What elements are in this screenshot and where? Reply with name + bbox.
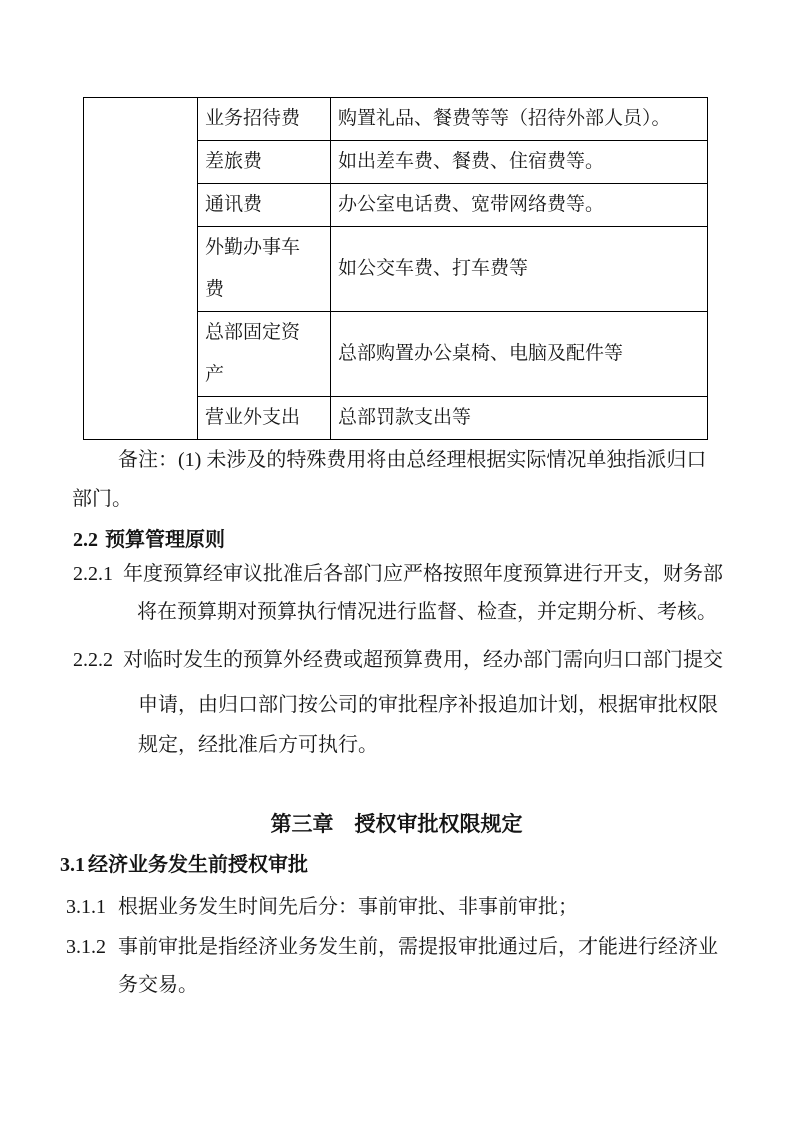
item-text: 对临时发生的预算外经费或超预算费用，经办部门需向归口部门提交 <box>123 649 723 671</box>
section-2-2-heading: 2.2预算管理原则 <box>73 528 225 552</box>
table-row: 业务招待费 购置礼品、餐费等等（招待外部人员）。 <box>84 98 708 141</box>
item-number: 3.1.1 <box>66 895 118 919</box>
category-cell: 总部固定资 产 <box>198 312 331 397</box>
item-2-2-2-line-2: 申请，由归口部门按公司的审批程序补报追加计划，根据审批权限 <box>138 693 718 717</box>
section-title: 经济业务发生前授权审批 <box>88 854 308 876</box>
item-number: 2.2.2 <box>73 648 123 672</box>
document-page: 业务招待费 购置礼品、餐费等等（招待外部人员）。 差旅费 如出差车费、餐费、住宿… <box>0 0 793 1122</box>
item-number: 2.2.1 <box>73 562 123 586</box>
description-cell: 办公室电话费、宽带网络费等。 <box>331 184 708 227</box>
item-text: 事前审批是指经济业务发生前，需提报审批通过后，才能进行经济业 <box>118 936 718 958</box>
description-cell: 购置礼品、餐费等等（招待外部人员）。 <box>331 98 708 141</box>
description-cell: 总部罚款支出等 <box>331 397 708 440</box>
item-number: 3.1.2 <box>66 935 118 959</box>
category-cell: 营业外支出 <box>198 397 331 440</box>
item-2-2-1-line-1: 2.2.1年度预算经审议批准后各部门应严格按照年度预算进行开支，财务部 <box>73 562 723 586</box>
item-3-1-2-line-2: 务交易。 <box>118 973 198 997</box>
item-text: 根据业务发生时间先后分：事前审批、非事前审批； <box>118 896 578 918</box>
description-cell: 如公交车费、打车费等 <box>331 227 708 312</box>
item-3-1-1-line-1: 3.1.1根据业务发生时间先后分：事前审批、非事前审批； <box>66 895 578 919</box>
item-2-2-2-line-1: 2.2.2对临时发生的预算外经费或超预算费用，经办部门需向归口部门提交 <box>73 648 723 672</box>
item-2-2-1-line-2: 将在预算期对预算执行情况进行监督、检查，并定期分析、考核。 <box>137 600 717 624</box>
category-cell: 差旅费 <box>198 141 331 184</box>
table-merged-empty-cell <box>84 98 198 440</box>
item-3-1-2-line-1: 3.1.2事前审批是指经济业务发生前，需提报审批通过后，才能进行经济业 <box>66 935 718 959</box>
category-cell: 通讯费 <box>198 184 331 227</box>
description-cell: 总部购置办公桌椅、电脑及配件等 <box>331 312 708 397</box>
note-line-1: 备注：(1) 未涉及的特殊费用将由总经理根据实际情况单独指派归口 <box>118 448 706 472</box>
expense-category-table: 业务招待费 购置礼品、餐费等等（招待外部人员）。 差旅费 如出差车费、餐费、住宿… <box>83 97 708 440</box>
item-2-2-2-line-3: 规定，经批准后方可执行。 <box>138 733 378 757</box>
description-cell: 如出差车费、餐费、住宿费等。 <box>331 141 708 184</box>
note-line-2: 部门。 <box>72 487 132 511</box>
section-3-1-heading: 3.1经济业务发生前授权审批 <box>60 853 308 877</box>
section-title: 预算管理原则 <box>105 529 225 551</box>
section-number: 3.1 <box>60 853 88 877</box>
chapter-3-heading: 第三章 授权审批权限规定 <box>0 808 793 838</box>
category-cell: 外勤办事车 费 <box>198 227 331 312</box>
section-number: 2.2 <box>73 528 105 552</box>
category-cell: 业务招待费 <box>198 98 331 141</box>
item-text: 年度预算经审议批准后各部门应严格按照年度预算进行开支，财务部 <box>123 563 723 585</box>
